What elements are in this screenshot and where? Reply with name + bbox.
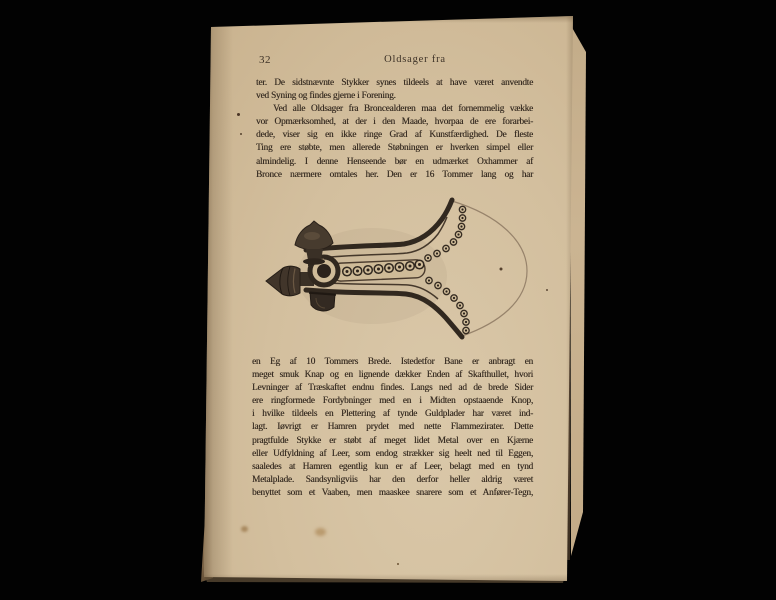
text-line: pragtfulde Stykke er støbt af meget lide…: [252, 435, 533, 448]
foxing-spot: [241, 526, 248, 532]
text-line: Ting ere støbte, men allerede Støbningen…: [256, 142, 533, 155]
text-line: ved Syning og findes gjerne i Forening.: [256, 90, 533, 103]
text-line: vor Opmærksomhed, at der i den Maade, hv…: [256, 116, 533, 129]
foxing-spot: [237, 113, 240, 116]
running-header: Oldsager fra: [265, 54, 565, 65]
text-line: benyttet som et Vaaben, men maaskee snar…: [252, 487, 533, 500]
text-line: i hvilke tildeels en Plettering af tynde…: [252, 408, 533, 421]
text-line: dede, viser sig en ikke ringe Grad af Ku…: [256, 129, 533, 142]
text-line: Levninger af Træskaftet endnu findes. La…: [252, 382, 533, 395]
text-line: meget smuk Knap og en lignende dækker En…: [252, 369, 533, 382]
foxing-spot: [397, 563, 399, 565]
text-line: almindelig. I denne Henseende bør en udm…: [256, 156, 533, 169]
text-line: Ved alle Oldsager fra Broncealderen maa …: [256, 103, 533, 116]
text-line: eller Udfyldning af Leer, som endog stræ…: [252, 448, 533, 461]
text-line: en Eg af 10 Tommers Brede. Istedetfor Ba…: [252, 356, 533, 369]
text-line: lagt. Iøvrigt er Hamren prydet med nette…: [252, 421, 533, 434]
body-text-lower: en Eg af 10 Tommers Brede. Istedetfor Ba…: [252, 356, 533, 500]
book-fore-edge: [570, 16, 590, 562]
text-line: ter. De sidstnævnte Stykker synes tildee…: [256, 77, 533, 90]
body-text-upper: ter. De sidstnævnte Stykker synes tildee…: [256, 77, 533, 182]
axe-illustration: [262, 196, 534, 352]
foxing-spot: [546, 289, 548, 291]
text-line: Bronce nærmere omtales her. Den er 16 To…: [256, 169, 533, 182]
axe-figure: [262, 196, 534, 352]
foxing-spot: [240, 133, 242, 135]
text-line: saaledes at Hamren egentlig kun er af Le…: [252, 461, 533, 474]
foxing-spot: [315, 528, 326, 536]
text-line: Metalplade. Sandsynligviis har den derfo…: [252, 474, 533, 487]
photo-background: 32 Oldsager fra ter. De sidstnævnte Styk…: [0, 0, 776, 600]
text-line: ere ringformede Fordybninger med en i Mi…: [252, 395, 533, 408]
book-page: 32 Oldsager fra ter. De sidstnævnte Styk…: [203, 14, 575, 584]
